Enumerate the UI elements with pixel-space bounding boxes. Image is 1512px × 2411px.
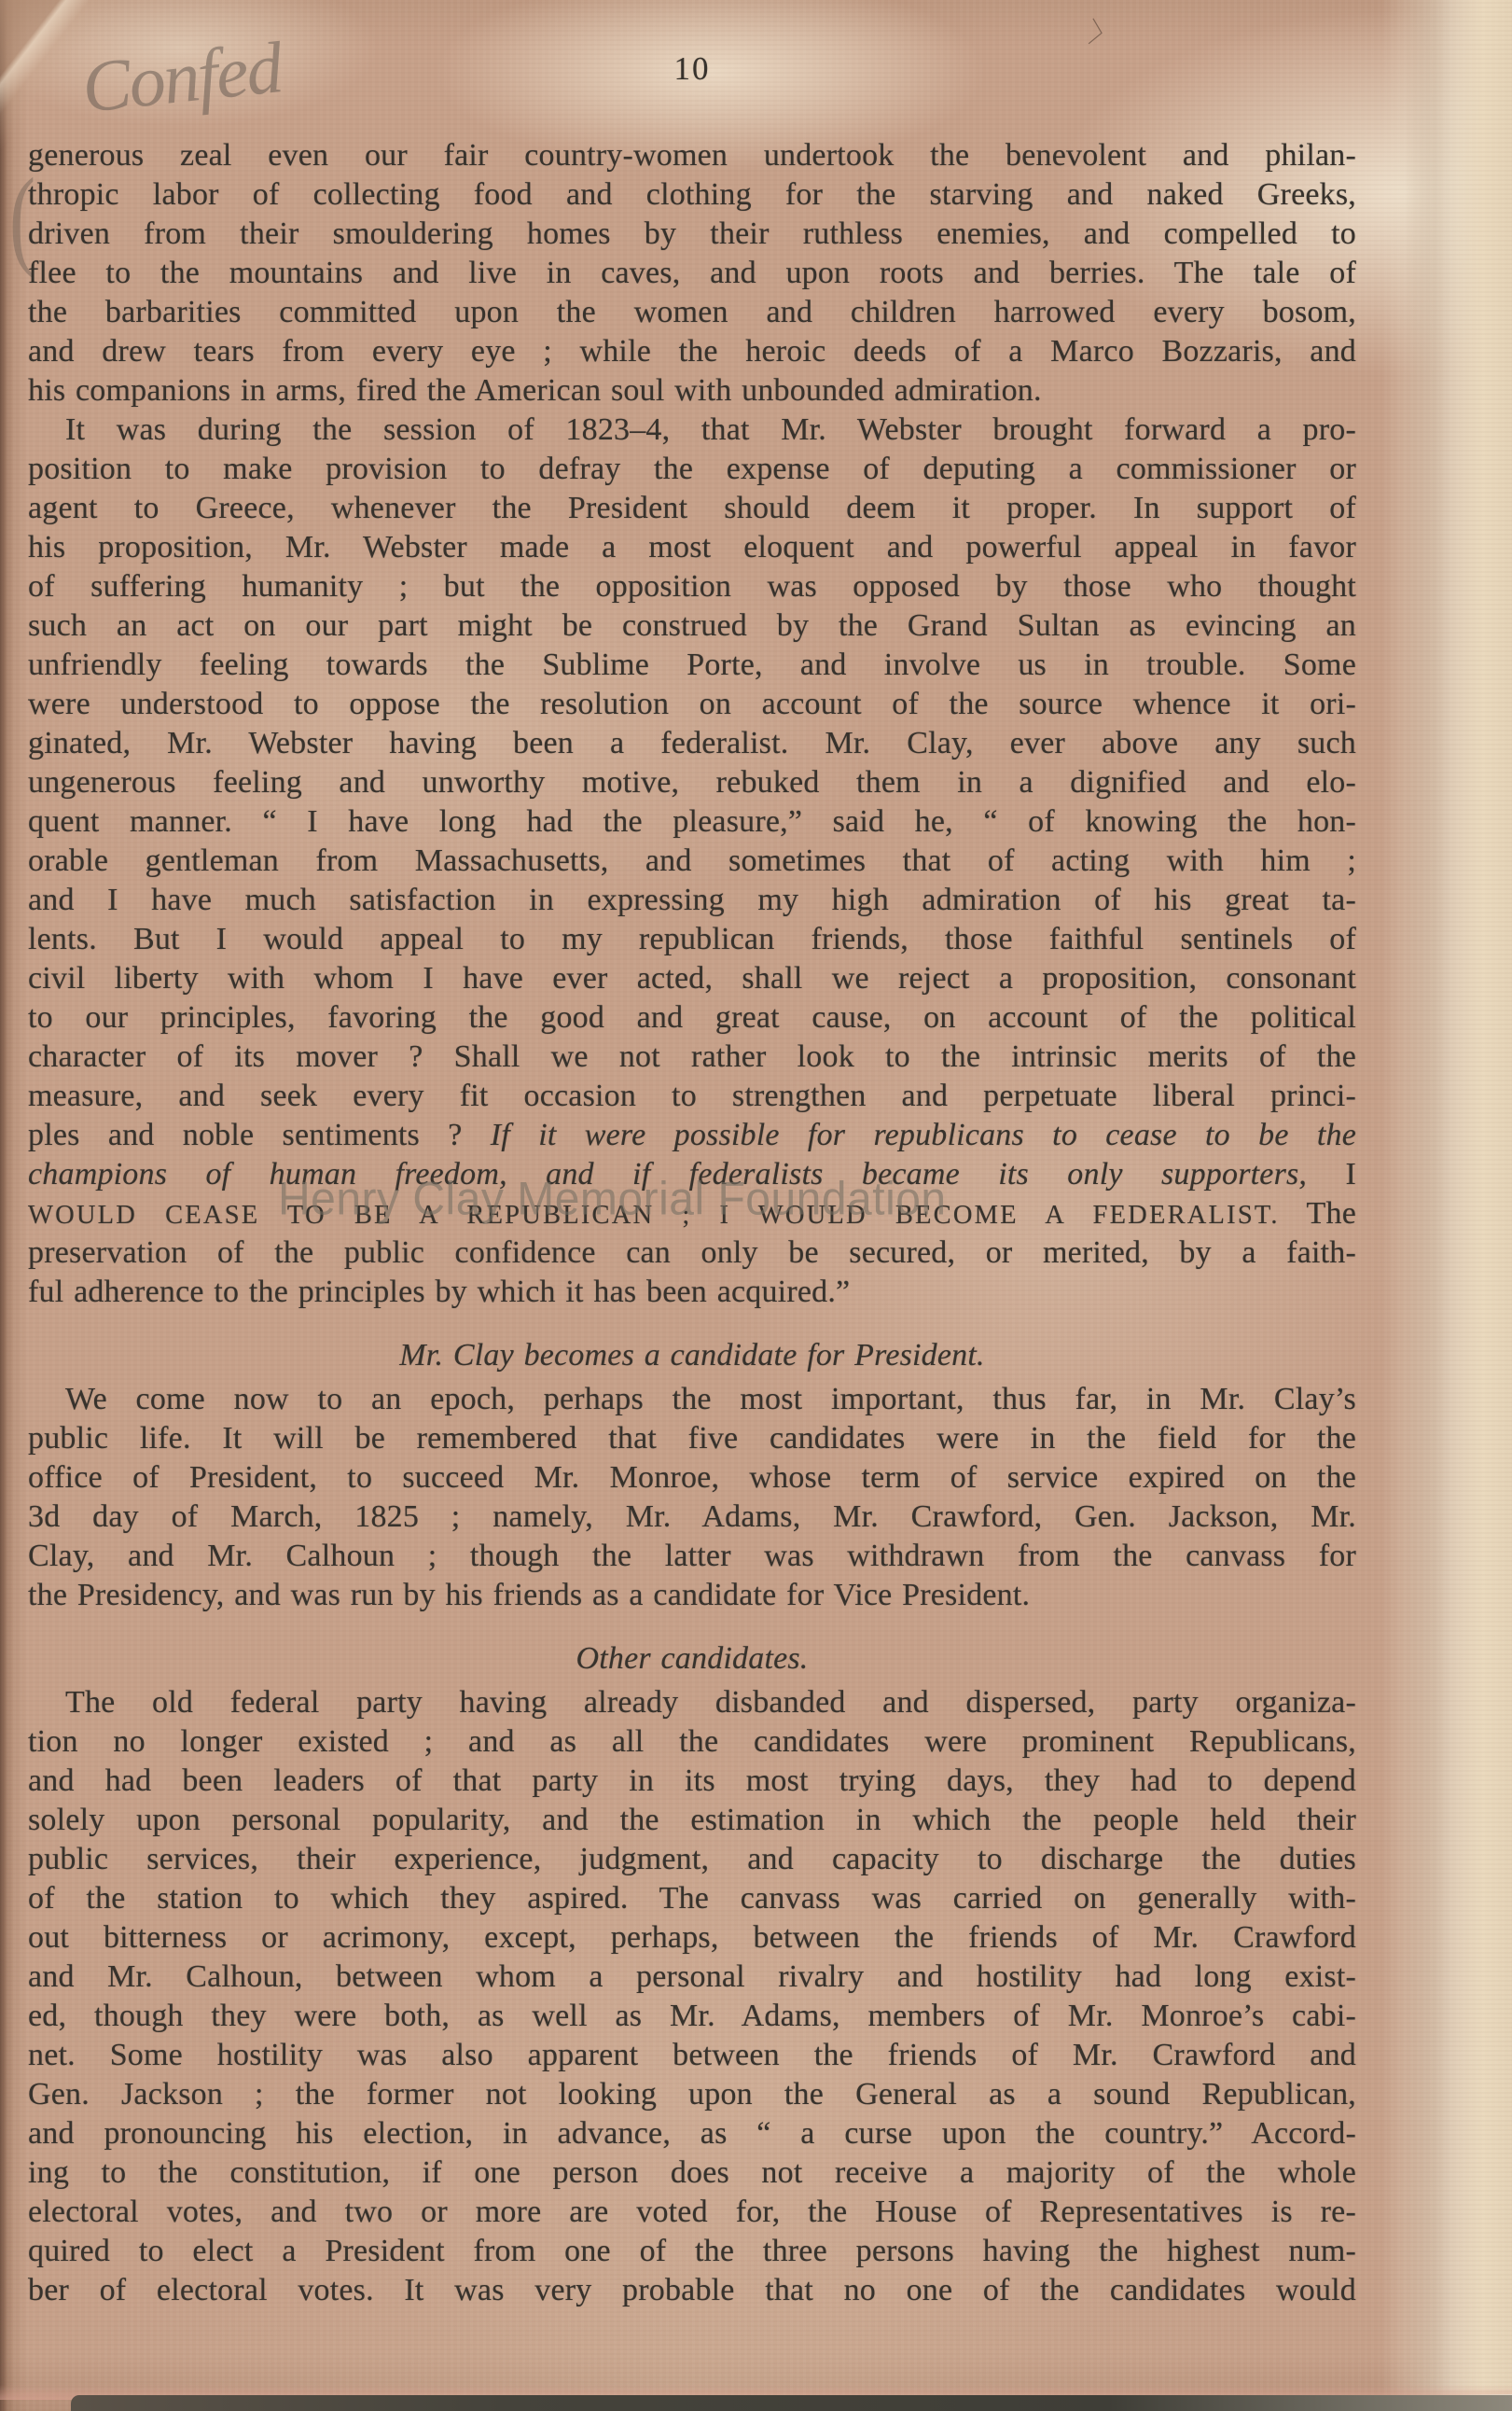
text-line: his proposition, Mr. Webster made a most… — [28, 528, 1356, 567]
text-segment: ful adherence to the principles by which… — [28, 1275, 850, 1309]
text-segment: of the station to which they aspired. Th… — [28, 1881, 1356, 1916]
text-segment: quent manner. “ I have long had the plea… — [28, 804, 1356, 839]
scan-bottom-shadow — [71, 2395, 1512, 2411]
text-segment: The old federal party having already dis… — [65, 1685, 1356, 1720]
text-segment: lents. But I would appeal to my republic… — [28, 922, 1356, 956]
text-segment: and drew tears from every eye ; while th… — [28, 334, 1356, 369]
text-segment: tion no longer existed ; and as all the … — [28, 1724, 1356, 1759]
text-line: and pronouncing his election, in advance… — [28, 2114, 1356, 2153]
text-segment: the barbarities committed upon the women… — [28, 295, 1356, 329]
text-line: thropic labor of collecting food and clo… — [28, 175, 1356, 215]
section-heading: Other candidates. — [28, 1639, 1356, 1679]
text-line: civil liberty with whom I have ever acte… — [28, 959, 1356, 998]
text-line: out bitterness or acrimony, except, perh… — [28, 1918, 1356, 1958]
text-segment: 3d day of March, 1825 ; namely, Mr. Adam… — [28, 1499, 1356, 1534]
text-segment: character of its mover ? Shall we not ra… — [28, 1039, 1356, 1074]
text-line: ing to the constitution, if one person d… — [28, 2153, 1356, 2193]
text-segment: and pronouncing his election, in advance… — [28, 2116, 1356, 2151]
text-line: ful adherence to the principles by which… — [28, 1273, 1356, 1312]
text-segment: electoral votes, and two or more are vot… — [28, 2195, 1356, 2229]
text-line: ungenerous feeling and unworthy motive, … — [28, 763, 1356, 802]
text-line: agent to Greece, whenever the President … — [28, 489, 1356, 528]
text-line: It was during the session of 1823–4, tha… — [28, 411, 1356, 450]
text-segment: and I have much satisfaction in expressi… — [28, 883, 1356, 917]
text-line: net. Some hostility was also apparent be… — [28, 2036, 1356, 2075]
text-segment: ungenerous feeling and unworthy motive, … — [28, 765, 1356, 800]
text-line: unfriendly feeling towards the Sublime P… — [28, 646, 1356, 685]
text-line: and had been leaders of that party in it… — [28, 1762, 1356, 1801]
text-line: were understood to oppose the resolution… — [28, 685, 1356, 724]
text-segment: agent to Greece, whenever the President … — [28, 491, 1356, 525]
text-segment: If it were possible for republicans to c… — [491, 1118, 1356, 1152]
text-segment: ples and noble sentiments ? — [28, 1118, 491, 1152]
text-segment: out bitterness or acrimony, except, perh… — [28, 1920, 1356, 1955]
text-line: such an act on our part might be constru… — [28, 606, 1356, 646]
text-segment: Clay, and Mr. Calhoun ; though the latte… — [28, 1539, 1356, 1573]
text-line: the Presidency, and was run by his frien… — [28, 1576, 1356, 1615]
text-segment: of suffering humanity ; but the oppositi… — [28, 569, 1356, 604]
text-line: and drew tears from every eye ; while th… — [28, 332, 1356, 371]
text-segment: We come now to an epoch, perhaps the mos… — [65, 1382, 1356, 1416]
text-line: quired to elect a President from one of … — [28, 2232, 1356, 2271]
text-segment: the Presidency, and was run by his frien… — [28, 1578, 1030, 1612]
text-segment: It was during the session of 1823–4, tha… — [65, 412, 1356, 447]
text-segment: ing to the constitution, if one person d… — [28, 2155, 1356, 2190]
text-segment: were understood to oppose the resolution… — [28, 687, 1356, 721]
text-segment: office of President, to succeed Mr. Monr… — [28, 1460, 1356, 1495]
text-line: ples and noble sentiments ? If it were p… — [28, 1116, 1356, 1155]
text-line: electoral votes, and two or more are vot… — [28, 2193, 1356, 2232]
text-segment: position to make provision to defray the… — [28, 452, 1356, 486]
text-line: orable gentleman from Massachusetts, and… — [28, 842, 1356, 881]
text-line: ber of electoral votes. It was very prob… — [28, 2271, 1356, 2310]
text-line: his companions in arms, fired the Americ… — [28, 371, 1356, 411]
text-segment: quired to elect a President from one of … — [28, 2234, 1356, 2268]
text-segment: Gen. Jackson ; the former not looking up… — [28, 2077, 1356, 2111]
text-segment: such an act on our part might be constru… — [28, 608, 1356, 643]
text-line: position to make provision to defray the… — [28, 450, 1356, 489]
text-line: ginated, Mr. Webster having been a feder… — [28, 724, 1356, 763]
text-line: driven from their smouldering homes by t… — [28, 215, 1356, 254]
text-line: solely upon personal popularity, and the… — [28, 1801, 1356, 1840]
text-line: The old federal party having already dis… — [28, 1683, 1356, 1722]
text-line: character of its mover ? Shall we not ra… — [28, 1038, 1356, 1077]
text-segment: and Mr. Calhoun, between whom a personal… — [28, 1959, 1356, 1994]
paragraph: We come now to an epoch, perhaps the mos… — [28, 1380, 1356, 1615]
text-segment: public life. It will be remembered that … — [28, 1421, 1356, 1456]
text-segment: solely upon personal popularity, and the… — [28, 1803, 1356, 1837]
text-segment: thropic labor of collecting food and clo… — [28, 177, 1356, 212]
text-segment: preservation of the public confidence ca… — [28, 1235, 1356, 1270]
text-segment: ginated, Mr. Webster having been a feder… — [28, 726, 1356, 760]
text-segment: and had been leaders of that party in it… — [28, 1763, 1356, 1798]
text-line: lents. But I would appeal to my republic… — [28, 920, 1356, 959]
text-segment: public services, their experience, judgm… — [28, 1842, 1356, 1876]
text-line: 3d day of March, 1825 ; namely, Mr. Adam… — [28, 1498, 1356, 1537]
paragraph: generous zeal even our fair country-wome… — [28, 136, 1356, 411]
text-segment: his companions in arms, fired the Americ… — [28, 373, 1042, 408]
text-line: and I have much satisfaction in expressi… — [28, 881, 1356, 920]
text-line: and Mr. Calhoun, between whom a personal… — [28, 1958, 1356, 1997]
text-line: of the station to which they aspired. Th… — [28, 1879, 1356, 1918]
text-segment: I — [1307, 1157, 1356, 1192]
text-line: ed, though they were both, as well as Mr… — [28, 1997, 1356, 2036]
text-line: flee to the mountains and live in caves,… — [28, 254, 1356, 293]
text-segment: The — [1280, 1196, 1356, 1231]
section-heading: Mr. Clay becomes a candidate for Preside… — [28, 1336, 1356, 1375]
text-line: preservation of the public confidence ca… — [28, 1233, 1356, 1273]
text-segment: flee to the mountains and live in caves,… — [28, 256, 1356, 290]
text-line: Gen. Jackson ; the former not looking up… — [28, 2075, 1356, 2114]
text-segment: civil liberty with whom I have ever acte… — [28, 961, 1356, 996]
text-segment: orable gentleman from Massachusetts, and… — [28, 843, 1356, 878]
text-line: measure, and seek every fit occasion to … — [28, 1077, 1356, 1116]
text-segment: ed, though they were both, as well as Mr… — [28, 1999, 1356, 2033]
text-line: Clay, and Mr. Calhoun ; though the latte… — [28, 1537, 1356, 1576]
text-line: generous zeal even our fair country-wome… — [28, 136, 1356, 175]
text-line: public services, their experience, judgm… — [28, 1840, 1356, 1879]
text-segment: unfriendly feeling towards the Sublime P… — [28, 648, 1356, 682]
text-line: of suffering humanity ; but the oppositi… — [28, 567, 1356, 606]
text-segment: net. Some hostility was also apparent be… — [28, 2038, 1356, 2072]
text-segment: measure, and seek every fit occasion to … — [28, 1079, 1356, 1113]
text-line: We come now to an epoch, perhaps the mos… — [28, 1380, 1356, 1419]
paragraph: The old federal party having already dis… — [28, 1683, 1356, 2310]
text-line: to our principles, favoring the good and… — [28, 998, 1356, 1038]
scanned-book-page: 10 Confed ( 〉 generous zeal even our fai… — [0, 0, 1512, 2411]
text-segment: to our principles, favoring the good and… — [28, 1000, 1356, 1035]
text-segment: generous zeal even our fair country-wome… — [28, 138, 1356, 173]
text-line: quent manner. “ I have long had the plea… — [28, 802, 1356, 842]
text-segment: ber of electoral votes. It was very prob… — [28, 2273, 1356, 2307]
watermark-text: Henry Clay Memorial Foundation — [278, 1173, 947, 1226]
text-line: office of President, to succeed Mr. Monr… — [28, 1458, 1356, 1498]
text-segment: his proposition, Mr. Webster made a most… — [28, 530, 1356, 564]
text-line: the barbarities committed upon the women… — [28, 293, 1356, 332]
text-segment: driven from their smouldering homes by t… — [28, 216, 1356, 251]
text-line: public life. It will be remembered that … — [28, 1419, 1356, 1458]
text-line: tion no longer existed ; and as all the … — [28, 1722, 1356, 1762]
